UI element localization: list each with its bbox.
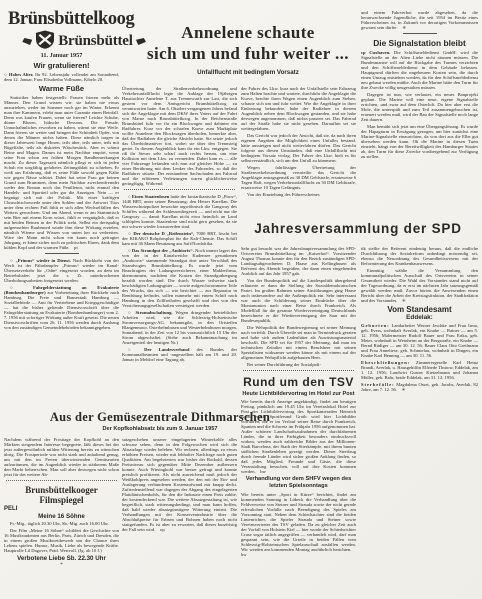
headline-line2: sich um und fuhr weiter ... xyxy=(128,43,368,64)
article-title-filmspiegel: Brunsbüttelkooger Filmspiegel xyxy=(4,485,119,505)
column-4-top: und einem Fahrverbot wurde abgesehen, da… xyxy=(361,10,478,245)
paragraph: ○ Der Landesverband des Bundes der Kommu… xyxy=(122,347,237,362)
paragraph: ○ Der deutsche D „Reifenstein“, 7000 BRT… xyxy=(122,231,237,246)
film-title: Meine 16 Söhne xyxy=(4,513,119,520)
paragraph: Nachdem während der Frosttage der Kopfko… xyxy=(4,437,119,477)
column-4-bottom: tik stellte der Referent eindeutig herau… xyxy=(361,246,478,416)
article-title-tsv: Rund um den TSV xyxy=(241,375,356,389)
paragraph: Geburten: Landarbeiter Werner Jeschke un… xyxy=(361,323,478,358)
ornament-divider xyxy=(243,370,354,371)
column-2-bottom: satzgeschehen unserer eingelagerten Wint… xyxy=(122,437,237,597)
paragraph: Man bemüht sich jetzt um eine Übergangsl… xyxy=(361,124,478,159)
paragraph: ○ Das Strandgut der „Ambiorix“. Noch imm… xyxy=(122,248,237,308)
paragraph: Übertretung der Straßenverkehrsordnung u… xyxy=(122,86,237,186)
paragraph: tik stellte der Referent eindeutig herau… xyxy=(361,246,478,266)
paragraph: Eheschließungen: Zimmerergeselle Karl He… xyxy=(361,360,478,380)
headline-subtitle: Unfallflucht mit bedingtem Vorsatz xyxy=(128,69,368,76)
paragraph: cp Cuxhaven. Die Schiffsmeldedienst GmbH… xyxy=(361,50,478,90)
paragraph: Bei seiner Durchführung der Sozialpoli- xyxy=(241,362,356,367)
paragraph: ○ Einen Staatenlosen hatte der kostarika… xyxy=(122,194,237,229)
standesamt-place: Eddelak: xyxy=(361,314,478,321)
brief-text: Noch immer lagert das von der in der Kan… xyxy=(122,248,237,308)
paragraph: Einmütig wählte die Versammlung den komm… xyxy=(361,268,478,303)
masthead-title-line2: Brünsbüttel xyxy=(58,34,133,49)
headline-line1: Annelene schaute xyxy=(128,22,368,43)
brief-text: hatte der kostarikanische D „Pirov“, 144… xyxy=(122,194,237,229)
ornament-divider xyxy=(6,480,117,481)
column-1-top: 11. Januar 1957 Wir gratulieren! ○ Hohes… xyxy=(4,48,119,408)
lead-article-header: Annelene schaute sich um und fuhr weiter… xyxy=(128,22,368,76)
article-title-gemuese: Aus der Gemüsezentrale Dithmarschen xyxy=(40,410,280,425)
paragraph: ○ „Primus“ wieder in Dienst. Nach Rückke… xyxy=(4,258,119,283)
article-title-signalstation: Die Signalstation bleibt xyxy=(361,38,478,48)
paragraph: Von der Einziehung des Führerscheines xyxy=(241,192,356,197)
spd-article-header: Jahresversammlung der SPD xyxy=(238,219,478,238)
paragraph: ○ Stromabschaltung. Wegen dringender bet… xyxy=(122,310,237,345)
brief-text: zur Vorbereitung ihrer Rückkehr nach Ham… xyxy=(4,290,119,330)
paragraph: Statistiker haben festgestellt: Frauen f… xyxy=(4,95,119,250)
article-title-spd: Jahresversammlung der SPD xyxy=(238,221,478,236)
article-title-standesamt: Vom Standesamt xyxy=(361,305,478,314)
gemuese-article-header: Aus der Gemüsezentrale Dithmarschen Der … xyxy=(40,409,280,434)
film-times: Fr.-Mtg., täglich 20.30 Uhr, Sb.-Mtg. au… xyxy=(4,521,119,526)
masthead-flourish-left xyxy=(22,38,32,45)
issue-date: 11. Januar 1957 xyxy=(4,52,119,59)
divider xyxy=(403,33,437,34)
tsv-subtitle: Heute Lichtbildervortrag im Hotel zur Po… xyxy=(241,391,356,397)
paragraph-text: Die Schiffsmeldedienst GmbH. wird die Si… xyxy=(361,50,478,90)
paragraph: Die Wehrpolitik der Bundesregierung sei … xyxy=(241,325,356,360)
article-title-warme-fuesse: Warme Füße xyxy=(4,84,119,93)
paragraph: Sehr gut besucht war die Jahreshauptvers… xyxy=(241,246,356,276)
record-text: Landarbeiter Werner Jeschke und Frau Irm… xyxy=(361,323,478,358)
column-3-top: der Fahrer des Lkw. kurz nach der Unfall… xyxy=(241,86,356,217)
gemuese-subtitle: Der Kopfkohlabsatz bis zum 9. Januar 195… xyxy=(40,426,280,432)
ornament-divider xyxy=(124,189,235,190)
paragraph: der Fahrer des Lkw. kurz nach der Unfall… xyxy=(241,86,356,131)
film-title-2: Verbotene Liebe Sb. 22.30 Uhr xyxy=(4,555,119,562)
film-description: Der Film „Meine 16 Söhne“ schildert die … xyxy=(4,528,119,553)
paragraph: Das Gericht war jedoch der Ansicht, daß … xyxy=(241,133,356,163)
newspaper-page: Brünsbüttelkoog Brünsbüttel 11. Januar 1… xyxy=(0,0,482,599)
paragraph: satzgeschehen unserer eingelagerten Wint… xyxy=(122,437,237,532)
article-title-gratulieren: Wir gratulieren! xyxy=(4,61,119,70)
divider xyxy=(45,253,79,254)
paragraph: Wegen fahrlässiger Übertretung der Straß… xyxy=(241,165,356,190)
paragraph: ○ Fahrgelderstattung an Evakuierte (Bomb… xyxy=(4,285,119,330)
paragraph: Wie bereits unter „Sport in Kürze“ beric… xyxy=(241,492,356,557)
column-1-bottom: Nachdem während der Frosttage der Kopfko… xyxy=(4,437,119,597)
paragraph: und einem Fahrverbot wurde abgesehen, da… xyxy=(361,10,478,30)
article-title-shfv: Verhandlung vor dem SHFV wegen des letzt… xyxy=(241,476,356,490)
end-mark: * xyxy=(4,563,119,568)
cinema-name: PELI xyxy=(4,506,119,512)
paragraph: Von der Bundespolitik auf die Landespoli… xyxy=(241,278,356,323)
paragraph: Dagegen ist nun, wie verlautet, ein neue… xyxy=(361,92,478,122)
paragraph: ○ Hohes Alter. Ihr 92. Lebensjahr vollen… xyxy=(4,72,119,82)
column-2-top: Übertretung der Straßenverkehrsordnung u… xyxy=(122,86,237,408)
brief-text: Wegen dringender betrieblicher Arbeiten … xyxy=(122,310,237,345)
paragraph: Sterbefälle: Magdalena Osset, geb. Jacob… xyxy=(361,382,478,392)
